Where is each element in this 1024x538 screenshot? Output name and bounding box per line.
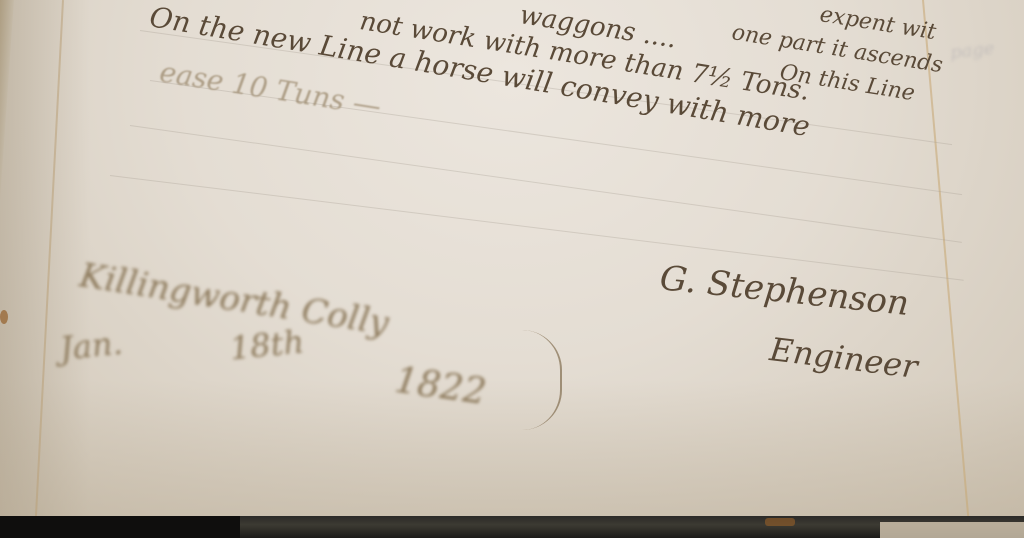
underlying-page <box>880 522 1024 538</box>
date-day: 18th <box>228 322 306 368</box>
date-month: Jan. <box>58 324 124 368</box>
book-cover-shadow <box>0 516 240 538</box>
signature-title: Engineer <box>768 330 920 386</box>
ink-stain <box>0 310 8 324</box>
ruled-line <box>130 125 962 243</box>
ruled-line <box>110 175 964 281</box>
margin-note: page <box>949 38 995 64</box>
shadow-bottom <box>0 380 1024 520</box>
ledger-page: expent wit waggons .... one part it asce… <box>0 0 1024 520</box>
cover-wear <box>765 518 795 526</box>
